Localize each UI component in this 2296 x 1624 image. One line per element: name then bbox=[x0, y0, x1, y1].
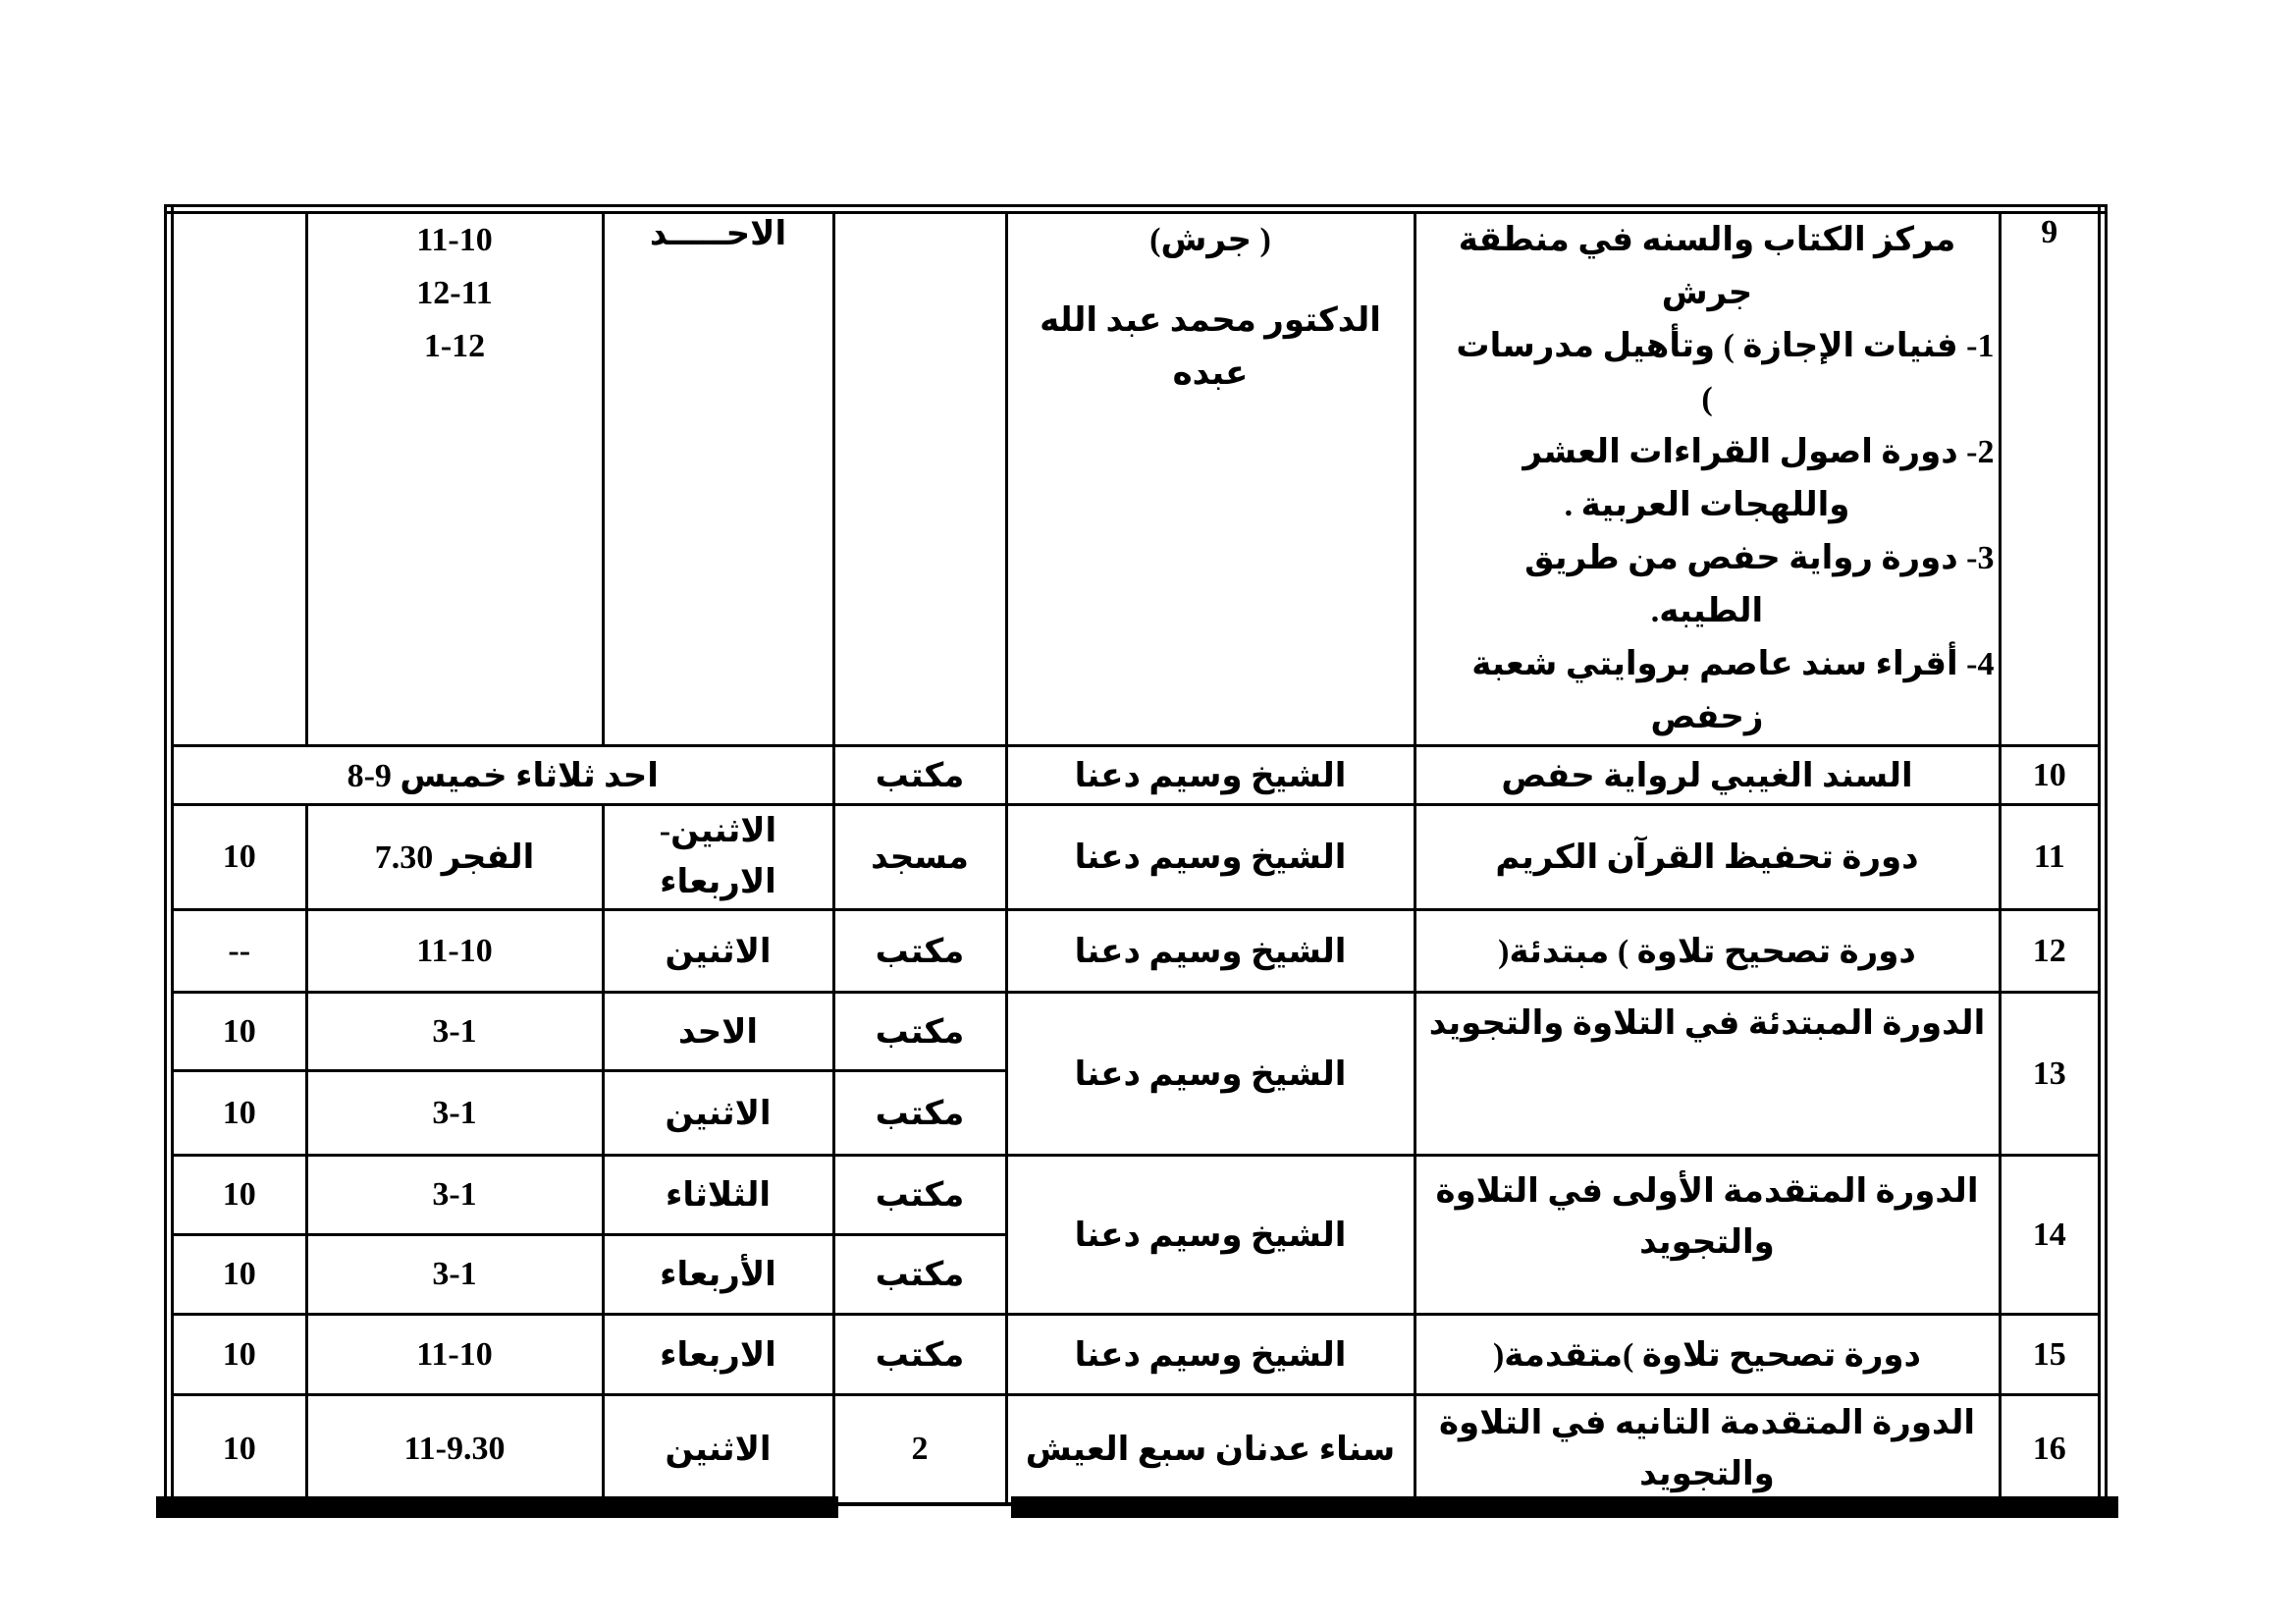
row9-course-line: ) bbox=[1416, 373, 1999, 426]
row13a-count-cell: 10 bbox=[169, 993, 306, 1071]
row12-course-cell: دورة تصحيح تلاوة ) مبتدئة( bbox=[1415, 910, 2000, 993]
row13b-time-cell: 3-1 bbox=[306, 1071, 603, 1156]
row16-time-cell: 11-9.30 bbox=[306, 1395, 603, 1504]
row9-teacher-name: الدكتور محمد عبد الله عبده bbox=[1008, 295, 1414, 401]
row9-time-line: 11-10 bbox=[308, 214, 602, 267]
row13-course-cell: الدورة المبتدئة في التلاوة والتجويد bbox=[1415, 993, 2000, 1156]
bottom-border-bar-left bbox=[156, 1496, 838, 1518]
row16-course-cell: الدورة المتقدمة التانيه في التلاوة والتج… bbox=[1415, 1395, 2000, 1504]
table-row-15: 15 دورة تصحيح تلاوة )متقدمة( الشيخ وسيم … bbox=[169, 1315, 2103, 1395]
row9-teacher-location: ( جرش) bbox=[1008, 214, 1414, 267]
row14-course-line: والتجويد bbox=[1416, 1218, 1999, 1269]
row11-course-cell: دورة تحفيظ القرآن الكريم bbox=[1415, 805, 2000, 910]
row9-count-cell bbox=[169, 209, 306, 746]
row11-location-cell: مسجد bbox=[833, 805, 1006, 910]
row13b-day-cell: الاثنين bbox=[603, 1071, 833, 1156]
row14b-time-cell: 3-1 bbox=[306, 1235, 603, 1315]
row13-number: 13 bbox=[2000, 993, 2103, 1156]
row10-teacher-cell: الشيخ وسيم دعنا bbox=[1006, 746, 1415, 805]
row13b-count-cell: 10 bbox=[169, 1071, 306, 1156]
row10-course-cell: السند الغيبي لرواية حفص bbox=[1415, 746, 2000, 805]
row15-day-cell: الاربعاء bbox=[603, 1315, 833, 1395]
table-row-12: 12 دورة تصحيح تلاوة ) مبتدئة( الشيخ وسيم… bbox=[169, 910, 2103, 993]
row14-course-line: الدورة المتقدمة الأولى في التلاوة bbox=[1416, 1166, 1999, 1218]
row14b-day-cell: الأربعاء bbox=[603, 1235, 833, 1315]
row16-count-cell: 10 bbox=[169, 1395, 306, 1504]
row9-time-line: 1-12 bbox=[308, 320, 602, 373]
row11-count-cell: 10 bbox=[169, 805, 306, 910]
row16-course-line: والتجويد bbox=[1416, 1449, 1999, 1500]
row12-number: 12 bbox=[2000, 910, 2103, 993]
row9-number: 9 bbox=[2000, 209, 2103, 746]
table-row-13a: 13 الدورة المبتدئة في التلاوة والتجويد ا… bbox=[169, 993, 2103, 1071]
row16-course-line: الدورة المتقدمة التانيه في التلاوة bbox=[1416, 1398, 1999, 1449]
row12-count-cell: -- bbox=[169, 910, 306, 993]
row11-number: 11 bbox=[2000, 805, 2103, 910]
row13-teacher-cell: الشيخ وسيم دعنا bbox=[1006, 993, 1415, 1156]
row10-number: 10 bbox=[2000, 746, 2103, 805]
row9-course-line: الطيبه. bbox=[1416, 585, 1999, 638]
row9-course-line: واللهجات العربية . bbox=[1416, 479, 1999, 532]
row16-location-cell: 2 bbox=[833, 1395, 1006, 1504]
row11-day-line: الاربعاء bbox=[605, 857, 832, 908]
row14a-location-cell: مكتب bbox=[833, 1156, 1006, 1235]
row9-course-line: مركز الكتاب والسنه في منطقة جرش bbox=[1416, 214, 1999, 320]
row13a-location-cell: مكتب bbox=[833, 993, 1006, 1071]
row9-course-line: زحفص bbox=[1416, 691, 1999, 744]
row16-day-cell: الاثنين bbox=[603, 1395, 833, 1504]
course-schedule-table: 9 مركز الكتاب والسنه في منطقة جرش 1- فني… bbox=[164, 204, 2108, 1506]
document-page: 9 مركز الكتاب والسنه في منطقة جرش 1- فني… bbox=[0, 0, 2296, 1624]
row15-number: 15 bbox=[2000, 1315, 2103, 1395]
row12-teacher-cell: الشيخ وسيم دعنا bbox=[1006, 910, 1415, 993]
row14a-count-cell: 10 bbox=[169, 1156, 306, 1235]
row15-time-cell: 11-10 bbox=[306, 1315, 603, 1395]
row9-location-cell bbox=[833, 209, 1006, 746]
row13b-location-cell: مكتب bbox=[833, 1071, 1006, 1156]
row15-count-cell: 10 bbox=[169, 1315, 306, 1395]
row11-day-cell: الاثنين- الاربعاء bbox=[603, 805, 833, 910]
row11-teacher-cell: الشيخ وسيم دعنا bbox=[1006, 805, 1415, 910]
row14a-day-cell: الثلاثاء bbox=[603, 1156, 833, 1235]
row12-location-cell: مكتب bbox=[833, 910, 1006, 993]
table-row-10: 10 السند الغيبي لرواية حفص الشيخ وسيم دع… bbox=[169, 746, 2103, 805]
row14-teacher-cell: الشيخ وسيم دعنا bbox=[1006, 1156, 1415, 1315]
row9-course-line: 1- فنيات الإجازة ) وتأهيل مدرسات bbox=[1416, 320, 1999, 373]
row12-day-cell: الاثنين bbox=[603, 910, 833, 993]
row9-day-cell: الاحـــــد bbox=[603, 209, 833, 746]
row14a-time-cell: 3-1 bbox=[306, 1156, 603, 1235]
row9-time-line: 12-11 bbox=[308, 267, 602, 320]
row9-course-line: 2- دورة اصول القراءات العشر bbox=[1416, 426, 1999, 479]
row10-schedule-cell: احد ثلاثاء خميس 9-8 bbox=[169, 746, 833, 805]
row14-number: 14 bbox=[2000, 1156, 2103, 1315]
row9-course-cell: مركز الكتاب والسنه في منطقة جرش 1- فنيات… bbox=[1415, 209, 2000, 746]
bottom-border-bar-right bbox=[1011, 1496, 2118, 1518]
table-row-16: 16 الدورة المتقدمة التانيه في التلاوة وا… bbox=[169, 1395, 2103, 1504]
row16-number: 16 bbox=[2000, 1395, 2103, 1504]
row9-time-cell: 11-10 12-11 1-12 bbox=[306, 209, 603, 746]
row9-teacher-cell: ( جرش) الدكتور محمد عبد الله عبده bbox=[1006, 209, 1415, 746]
row14b-count-cell: 10 bbox=[169, 1235, 306, 1315]
row10-location-cell: مكتب bbox=[833, 746, 1006, 805]
row9-course-line: 4- أقراء سند عاصم بروايتي شعبة bbox=[1416, 638, 1999, 691]
table-row-9: 9 مركز الكتاب والسنه في منطقة جرش 1- فني… bbox=[169, 209, 2103, 746]
row16-teacher-cell: سناء عدنان سبع العيش bbox=[1006, 1395, 1415, 1504]
row13a-day-cell: الاحد bbox=[603, 993, 833, 1071]
row12-time-cell: 11-10 bbox=[306, 910, 603, 993]
row11-time-cell: الفجر 7.30 bbox=[306, 805, 603, 910]
row9-course-line: 3- دورة رواية حفص من طريق bbox=[1416, 532, 1999, 585]
table-row-14a: 14 الدورة المتقدمة الأولى في التلاوة وال… bbox=[169, 1156, 2103, 1235]
row15-location-cell: مكتب bbox=[833, 1315, 1006, 1395]
row14b-location-cell: مكتب bbox=[833, 1235, 1006, 1315]
row15-teacher-cell: الشيخ وسيم دعنا bbox=[1006, 1315, 1415, 1395]
row15-course-cell: دورة تصحيح تلاوة )متقدمة( bbox=[1415, 1315, 2000, 1395]
row13a-time-cell: 3-1 bbox=[306, 993, 603, 1071]
row11-day-line: الاثنين- bbox=[605, 806, 832, 857]
row14-course-cell: الدورة المتقدمة الأولى في التلاوة والتجو… bbox=[1415, 1156, 2000, 1315]
table-row-11: 11 دورة تحفيظ القرآن الكريم الشيخ وسيم د… bbox=[169, 805, 2103, 910]
